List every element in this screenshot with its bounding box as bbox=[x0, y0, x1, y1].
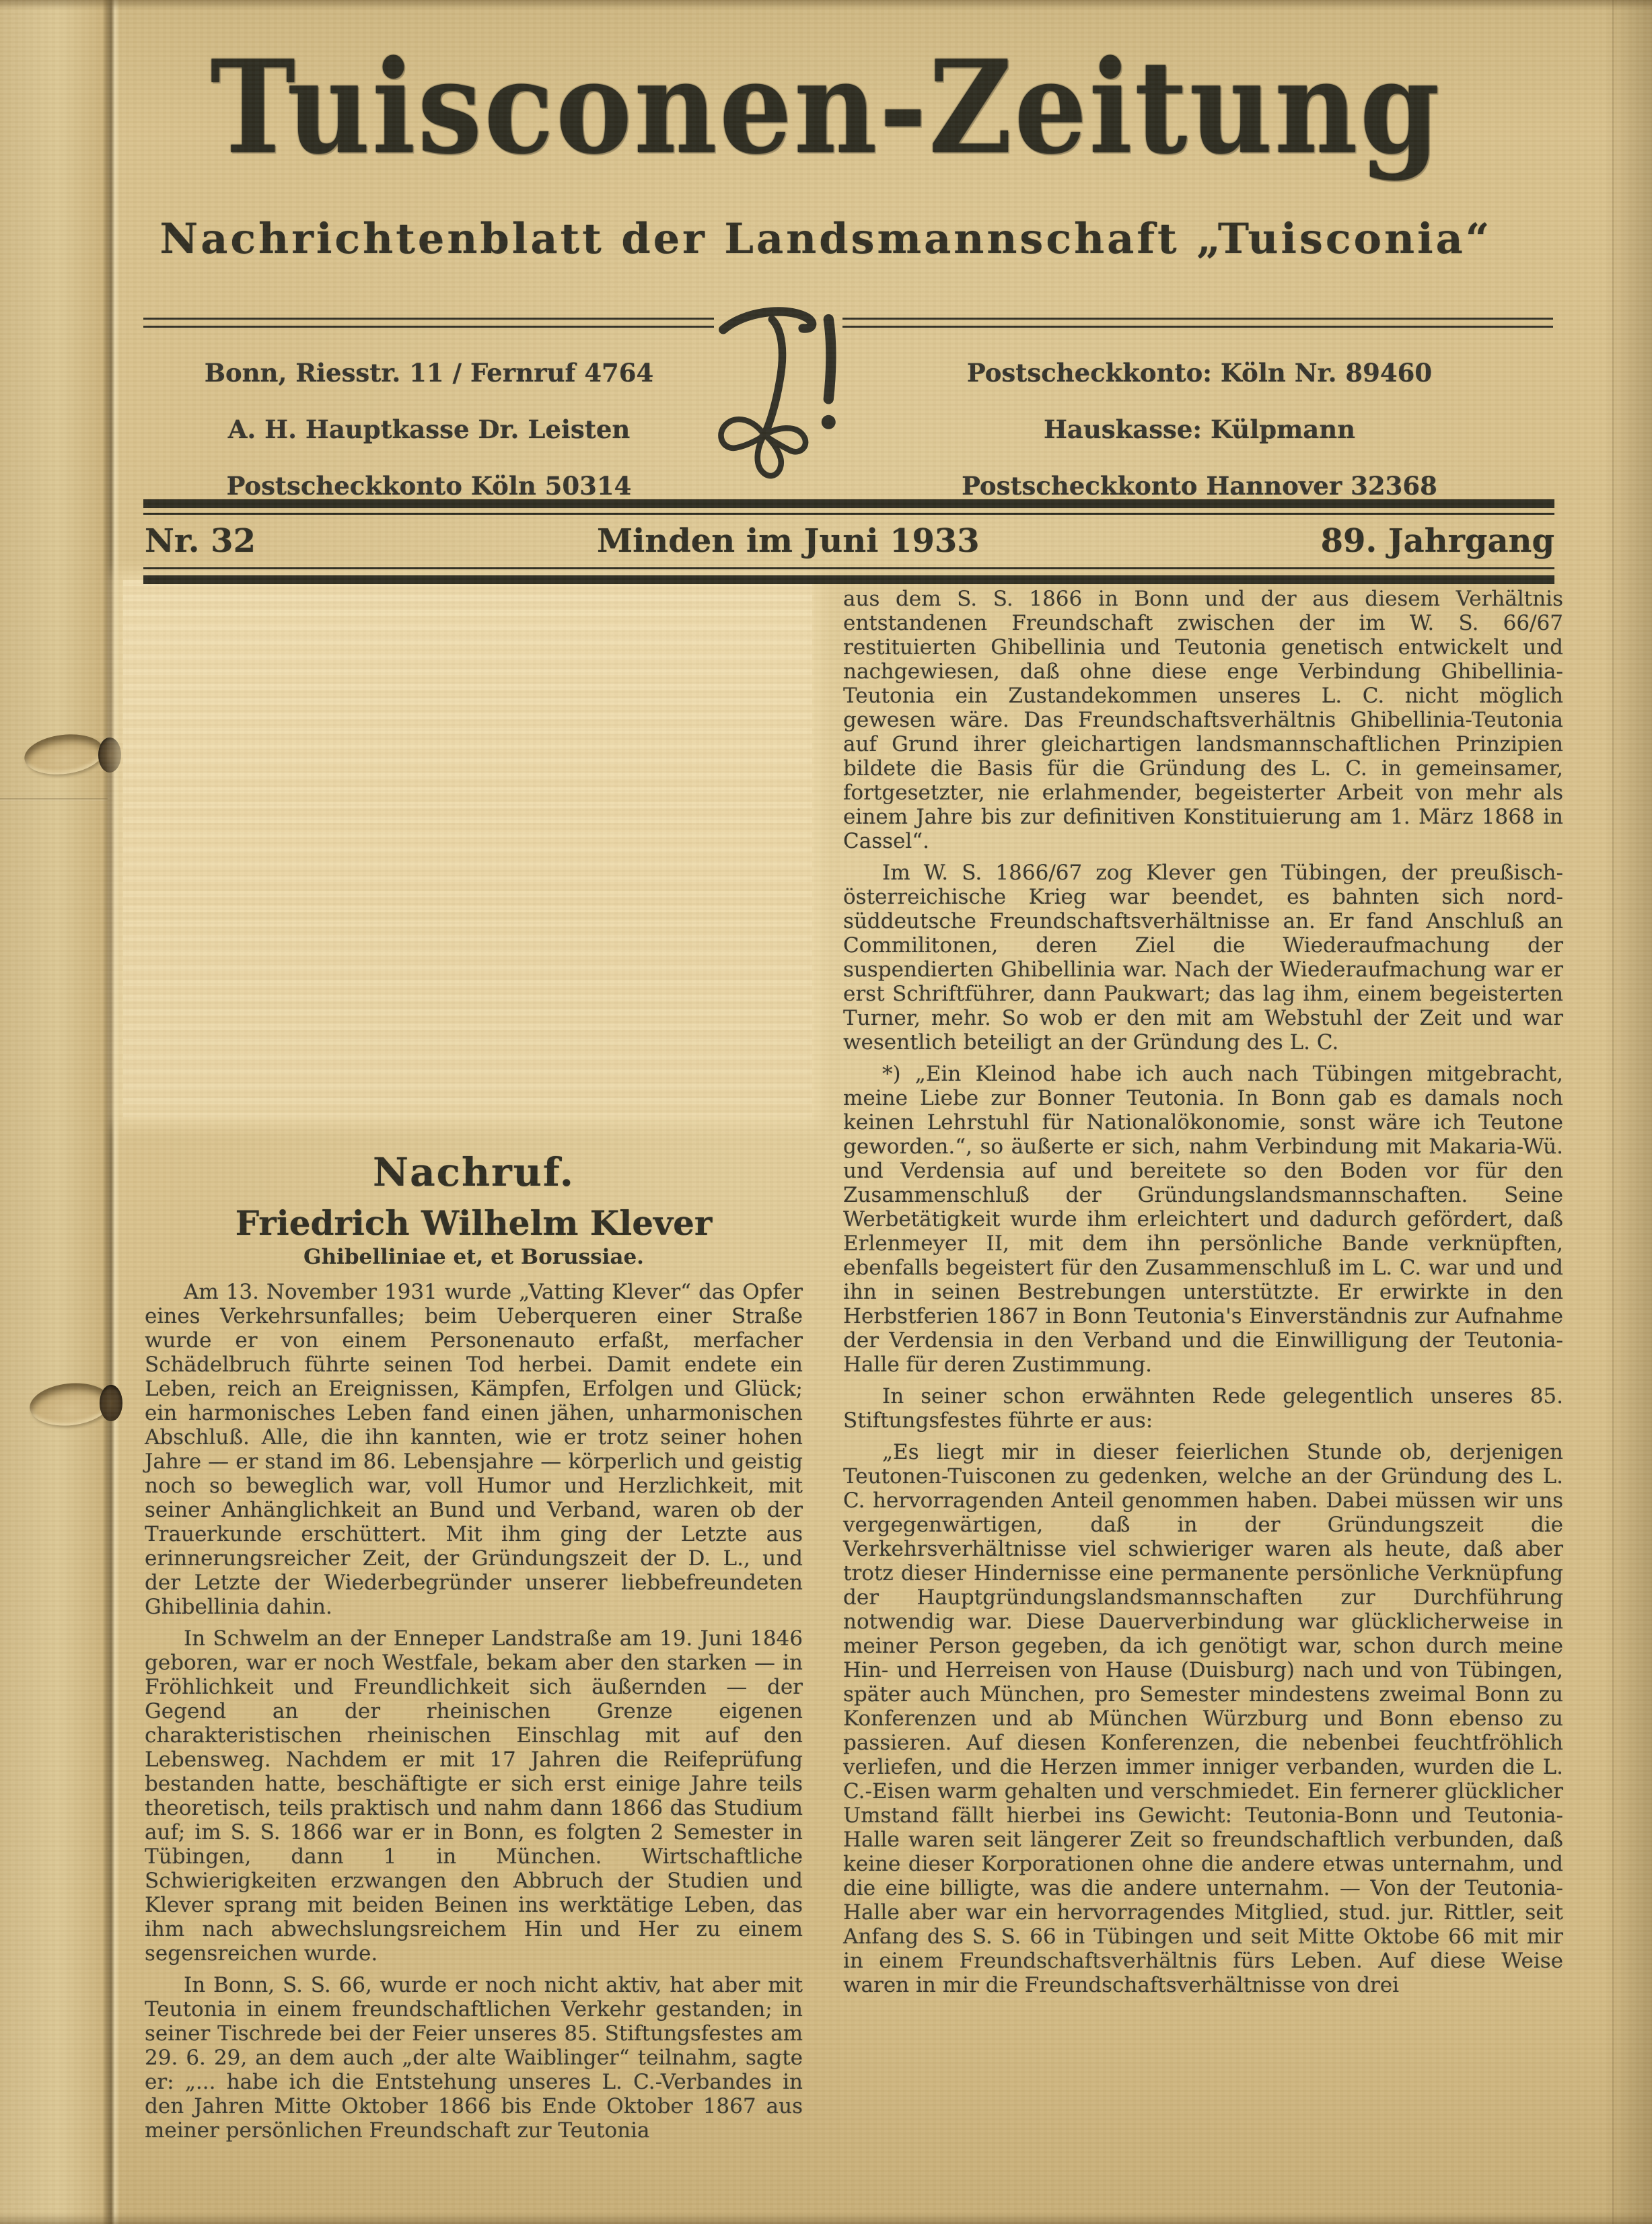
masthead-double-rule-right bbox=[842, 318, 1553, 328]
binding-backing-sheet bbox=[0, 0, 108, 2224]
imprint-line: Bonn, Riesstr. 11 / Fernruf 4764 bbox=[145, 345, 713, 401]
punch-hole-notch bbox=[98, 738, 121, 773]
dateline: Nr. 32 Minden im Juni 1933 89. Jahrgang bbox=[145, 522, 1554, 560]
thick-rule bbox=[143, 499, 1554, 508]
paragraph: Am 13. November 1931 wurde „Vatting Klev… bbox=[145, 1280, 803, 1619]
newspaper-subtitle: Nachrichtenblatt der Landsmannschaft „Tu… bbox=[0, 214, 1652, 263]
page-right-edge-shadow bbox=[1605, 0, 1652, 2224]
imprint-line: A. H. Hauptkasse Dr. Leisten bbox=[145, 401, 713, 458]
right-column: aus dem S. S. 1866 in Bonn und der aus d… bbox=[843, 587, 1563, 2005]
paragraph: In Bonn, S. S. 66, wurde er noch nicht a… bbox=[145, 1973, 803, 2143]
deceased-name: Friedrich Wilhelm Klever bbox=[145, 1203, 803, 1243]
page-fold-edge bbox=[102, 0, 120, 2224]
paragraph: Im W. S. 1866/67 zog Klever gen Tübingen… bbox=[843, 861, 1563, 1054]
left-column: Am 13. November 1931 wurde „Vatting Klev… bbox=[145, 1280, 803, 2150]
imprint-line: Postscheckkonto: Köln Nr. 89460 bbox=[845, 345, 1554, 401]
issue-date: Minden im Juni 1933 bbox=[597, 522, 980, 560]
thin-rule bbox=[143, 513, 1554, 515]
masthead-double-rule-left bbox=[143, 318, 714, 328]
paragraph: „Es liegt mir in dieser feierlichen Stun… bbox=[843, 1440, 1563, 1997]
punch-hole-notch bbox=[100, 1385, 122, 1421]
volume: 89. Jahrgang bbox=[1321, 522, 1554, 560]
thick-rule bbox=[143, 575, 1554, 584]
paragraph: In seiner schon erwähnten Rede gelegentl… bbox=[843, 1384, 1563, 1433]
paper-crease bbox=[0, 798, 108, 801]
imprint-right-block: Postscheckkonto: Köln Nr. 89460 Hauskass… bbox=[845, 345, 1554, 514]
page-top-edge-shadow bbox=[0, 0, 1652, 9]
article-heading: Nachruf. bbox=[145, 1149, 803, 1195]
fraternity-affiliation: Ghibelliniae et, et Borussiae. bbox=[145, 1245, 803, 1269]
page-bottom-edge-shadow bbox=[0, 2213, 1652, 2224]
newspaper-page: Tuisconen-Zeitung Nachrichtenblatt der L… bbox=[0, 0, 1652, 2224]
issue-number: Nr. 32 bbox=[145, 522, 256, 560]
imprint-left-block: Bonn, Riesstr. 11 / Fernruf 4764 A. H. H… bbox=[145, 345, 713, 514]
faded-blank-region bbox=[123, 580, 812, 1117]
newspaper-title: Tuisconen-Zeitung bbox=[0, 32, 1652, 183]
fraternity-monogram-icon bbox=[705, 300, 847, 495]
paragraph: In Schwelm an der Enneper Landstraße am … bbox=[145, 1626, 803, 1966]
thin-rule bbox=[143, 567, 1554, 569]
paragraph: aus dem S. S. 1866 in Bonn und der aus d… bbox=[843, 587, 1563, 853]
imprint-line: Hauskasse: Külpmann bbox=[845, 401, 1554, 458]
paragraph: *) „Ein Kleinod habe ich auch nach Tübin… bbox=[843, 1062, 1563, 1377]
